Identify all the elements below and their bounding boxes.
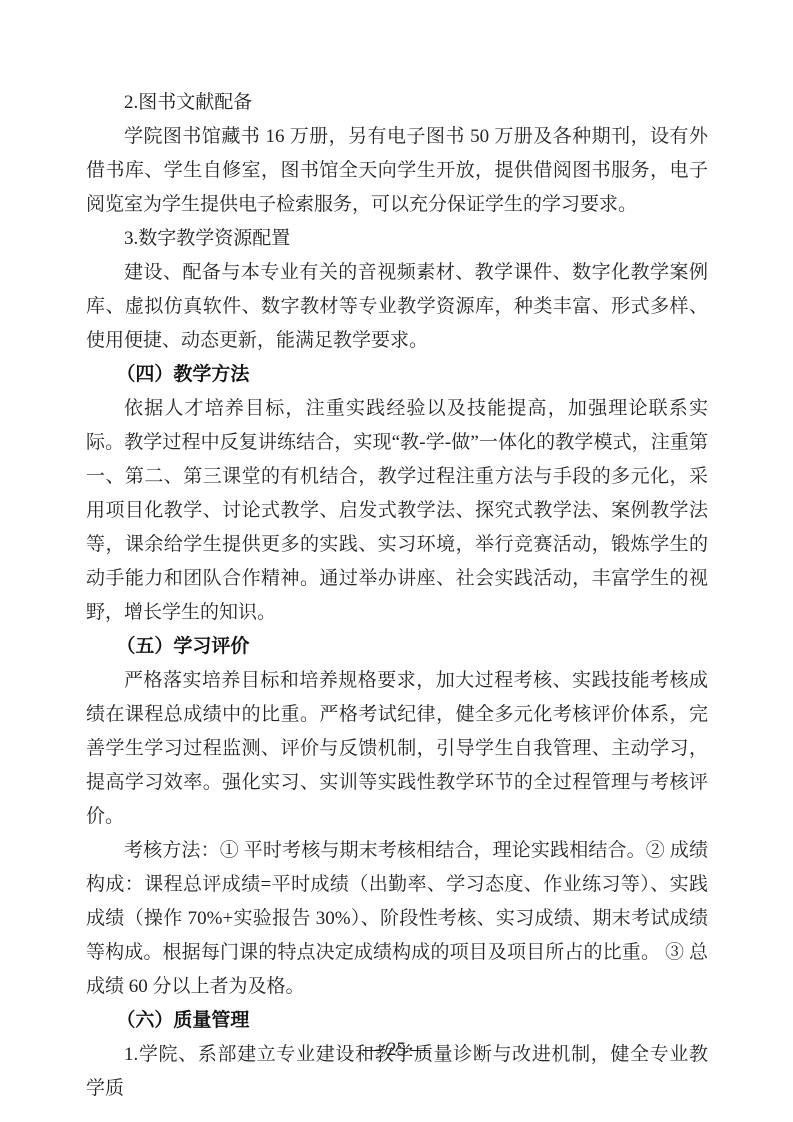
paragraph-teaching-methods: 依据人才培养目标，注重实践经验以及技能提高，加强理论联系实际。教学过程中反复讲练… <box>86 392 708 630</box>
heading-learning-evaluation: （五）学习评价 <box>86 630 708 664</box>
document-body: 2.图书文献配备 学院图书馆藏书 16 万册，另有电子图书 50 万册及各种期刊… <box>86 86 708 1106</box>
page-footer: — 25 — <box>0 1038 793 1062</box>
paragraph-learning-evaluation: 严格落实培养目标和培养规格要求，加大过程考核、实践技能考核成绩在课程总成绩中的比… <box>86 664 708 834</box>
subheading-digital-resources: 3.数字教学资源配置 <box>86 222 708 256</box>
heading-teaching-methods: （四）教学方法 <box>86 358 708 392</box>
document-page: 2.图书文献配备 学院图书馆藏书 16 万册，另有电子图书 50 万册及各种期刊… <box>0 0 793 1122</box>
paragraph-assessment-methods: 考核方法：① 平时考核与期末考核相结合，理论实践相结合。② 成绩构成：课程总评成… <box>86 834 708 1004</box>
heading-quality-management: （六）质量管理 <box>86 1004 708 1038</box>
paragraph-library-resources: 学院图书馆藏书 16 万册，另有电子图书 50 万册及各种期刊，设有外借书库、学… <box>86 120 708 222</box>
page-number: — 25 — <box>363 1039 430 1060</box>
subheading-library-resources: 2.图书文献配备 <box>86 86 708 120</box>
paragraph-digital-resources: 建设、配备与本专业有关的音视频素材、教学课件、数字化教学案例库、虚拟仿真软件、数… <box>86 256 708 358</box>
